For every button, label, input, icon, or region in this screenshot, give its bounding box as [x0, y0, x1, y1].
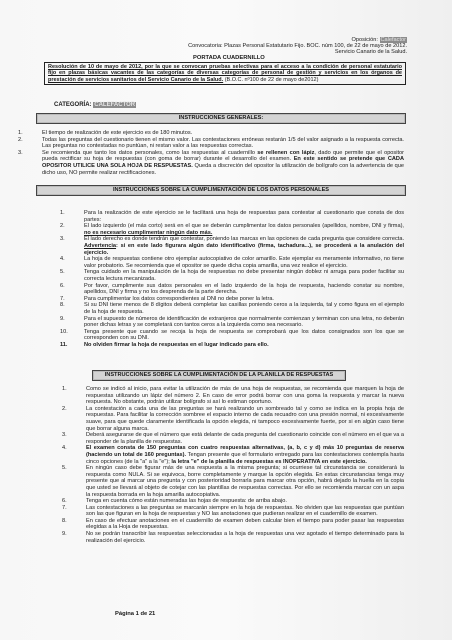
list-item: 7.Para cumplimentar los datos correspond… [84, 296, 404, 303]
item-text: Todas las preguntas del cuestionario tie… [42, 137, 404, 150]
item-text: : si en este lado figurara algún dato id… [84, 243, 404, 256]
item-number: 2. [60, 223, 72, 230]
list-datos-personales: 1.Para la realización de este ejercicio … [84, 210, 404, 348]
item-text: no es necesario cumplimentar ningún dato… [84, 230, 212, 236]
item-text: Por favor, cumplimente sus datos persona… [84, 283, 404, 296]
item-text: En caso de efectuar anotaciones en el cu… [86, 518, 404, 531]
item-text: la letra "e" de la planilla de respuesta… [171, 459, 366, 465]
item-number: 3. [62, 432, 74, 439]
item-text: Las contestaciones a las preguntas se ma… [86, 505, 404, 518]
item-number: 5. [62, 465, 74, 472]
item-number: 3. [60, 236, 72, 243]
item-text: En ningún caso debe figurar más de una r… [86, 465, 404, 497]
list-planilla: 1.Como se indicó al inicio, para evitar … [86, 386, 404, 544]
servicio-line: Servicio Canario de la Salud. [335, 49, 407, 56]
categoria-value: CALEFACTOR [93, 102, 136, 108]
list-item: 5.En ningún caso debe figurar más de una… [86, 465, 404, 498]
item-number: 6. [60, 283, 72, 290]
list-item: 2.Todas las preguntas del cuestionario t… [42, 137, 404, 150]
resolucion-ref: (B.O.C. nº100 de 22 de mayo de2012) [225, 77, 319, 83]
item-text: Deberá asegurarse de que el número que e… [86, 432, 404, 445]
item-number: 9. [62, 531, 74, 538]
categoria-label: CATEGORÍA: [54, 102, 92, 108]
item-number: 6. [62, 498, 74, 505]
page-title: PORTADA CUADERNILLO [193, 55, 265, 62]
item-text: Tenga en cuenta cómo están numeradas las… [86, 498, 287, 504]
list-item: 3.Deberá asegurarse de que el número que… [86, 432, 404, 445]
item-text: No se podrán transcribir las respuestas … [86, 531, 404, 544]
list-item: 6.Por favor, cumplimente sus datos perso… [84, 283, 404, 296]
item-number: 7. [60, 296, 72, 303]
item-text: No olviden firmar la hoja de respuestas … [84, 342, 269, 348]
list-item: 1.Para la realización de este ejercicio … [84, 210, 404, 223]
item-text: Como se indicó al inicio, para evitar la… [86, 386, 404, 405]
categoria-line: CATEGORÍA: CALEFACTOR [54, 102, 136, 109]
document-page: Oposición: Calefactor Convocatoria: Plaz… [0, 0, 452, 640]
list-item: 4.El examen consta de 150 preguntas con … [86, 445, 404, 465]
list-item: 3.Se recomienda que tanto los datos pers… [42, 150, 404, 176]
item-text: Para el supuesto de números de identific… [84, 316, 404, 329]
list-item: 7.Las contestaciones a las preguntas se … [86, 505, 404, 518]
item-text: se rellenen con lápiz [257, 150, 314, 156]
list-item: 2.El lado izquierdo (el más corto) será … [84, 223, 404, 236]
list-item: 4.La hoja de respuestas contiene otro ej… [84, 256, 404, 269]
page-number: Página 1 de 21 [115, 611, 155, 618]
list-item: 2.La contestación a cada una de las preg… [86, 406, 404, 432]
section-header-planilla: INSTRUCCIONES SOBRE LA CUMPLIMENTACIÓN D… [92, 370, 346, 381]
list-item: 8.En caso de efectuar anotaciones en el … [86, 518, 404, 531]
item-text: La hoja de respuestas contiene otro ejem… [84, 256, 404, 269]
item-text: Se recomienda que tanto los datos person… [42, 150, 257, 156]
item-number: 7. [62, 505, 74, 512]
item-text: Tenga presente que cuando se recoja la h… [84, 329, 404, 342]
list-item: 1.Como se indicó al inicio, para evitar … [86, 386, 404, 406]
item-text: El tiempo de realización de este ejercic… [42, 130, 192, 136]
list-item: 9.Para el supuesto de números de identif… [84, 316, 404, 329]
item-number: 4. [62, 445, 74, 452]
list-item: 5.Tenga cuidado en la manipulación de la… [84, 269, 404, 282]
list-item: 11.No olviden firmar la hoja de respuest… [84, 342, 404, 349]
item-text: Para la realización de este ejercicio se… [84, 210, 404, 223]
item-text: Si su DNI tiene menos de 8 dígitos deber… [84, 302, 404, 315]
item-text: Advertencia [84, 243, 116, 249]
item-number: 2. [62, 406, 74, 413]
section-header-datos-personales: INSTRUCCIONES SOBRE LA CUMPLIMENTACIÓN D… [36, 185, 406, 196]
item-number: 1. [60, 210, 72, 217]
item-text: Tenga cuidado en la manipulación de la h… [84, 269, 404, 282]
list-item: 1.El tiempo de realización de este ejerc… [42, 130, 404, 137]
item-number: 4. [60, 256, 72, 263]
item-number: 8. [60, 302, 72, 309]
list-item: 10.Tenga presente que cuando se recoja l… [84, 329, 404, 342]
list-generales: 1.El tiempo de realización de este ejerc… [42, 130, 404, 176]
item-number: 2. [18, 137, 30, 144]
item-number: 11. [60, 342, 72, 349]
item-number: 10. [60, 329, 72, 336]
list-item: 8.Si su DNI tiene menos de 8 dígitos deb… [84, 302, 404, 315]
item-number: 8. [62, 518, 74, 525]
list-item: 3.El lado derecho es donde tendrán que c… [84, 236, 404, 256]
list-item: 6.Tenga en cuenta cómo están numeradas l… [86, 498, 404, 505]
list-item: 9.No se podrán transcribir las respuesta… [86, 531, 404, 544]
item-number: 1. [62, 386, 74, 393]
resolucion-box: Resolución de 10 de mayo de 2012, por la… [44, 62, 406, 85]
item-text: El lado derecho es donde tendrán que con… [84, 236, 404, 242]
item-text: La contestación a cada una de las pregun… [86, 406, 404, 432]
section-header-generales: INSTRUCCIONES GENERALES: [36, 113, 406, 124]
item-number: 5. [60, 269, 72, 276]
item-text: El lado izquierdo (el más corto) será en… [84, 223, 404, 229]
item-text: Para cumplimentar los datos correspondie… [84, 296, 274, 302]
item-number: 3. [18, 150, 30, 157]
item-number: 9. [60, 316, 72, 323]
item-number: 1. [18, 130, 30, 137]
